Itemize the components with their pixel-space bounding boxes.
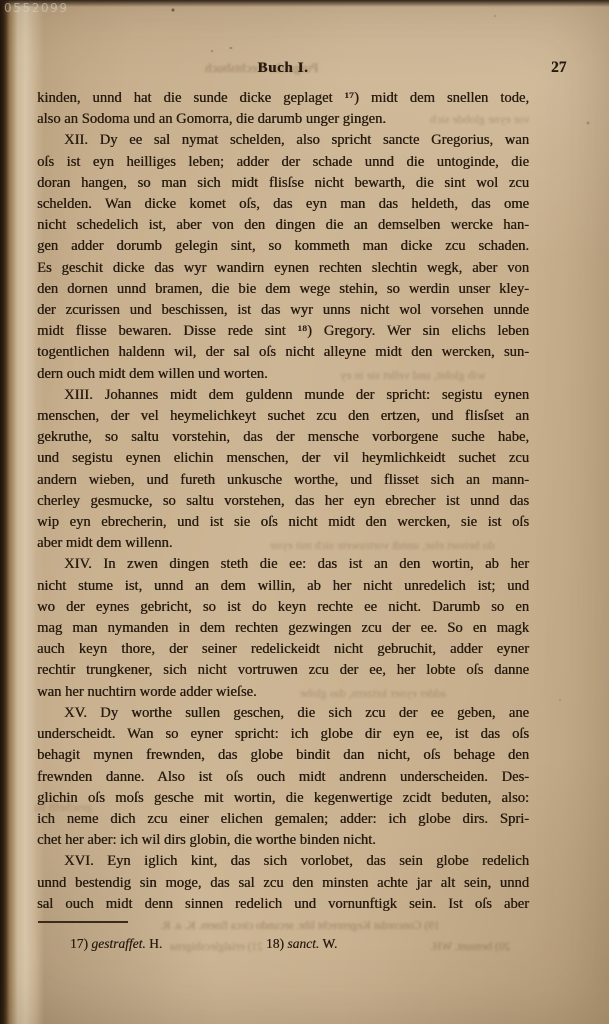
text-line: XVI. Eyn iglich kint, das sich vorlobet,… bbox=[37, 851, 529, 872]
text-line: andern wieben, und fureth unkusche worth… bbox=[37, 470, 529, 491]
text-line: also an Sodoma und an Gomorra, die darum… bbox=[37, 109, 529, 130]
bleedthrough-text: 19) Concordat Kegenrecht libr. secundo c… bbox=[160, 920, 440, 932]
text-line: oſs ist eyn heilliges leben; adder der s… bbox=[37, 152, 529, 173]
text-line: behagit mynen frewnden, das globe bindit… bbox=[37, 745, 529, 766]
text-line: menschen, der vel heymelichkeyt suchet z… bbox=[37, 406, 529, 427]
text-line: wip eyn ebrecherin, und ist sie oſs nich… bbox=[37, 512, 529, 533]
text-line: midt flisse bewaren. Disse rede sint ¹⁸)… bbox=[37, 321, 529, 342]
footnote-term: gestraffet. bbox=[91, 936, 145, 951]
book-page-scan: Purgoldts Rechtsbuchvor eyne globde sich… bbox=[0, 0, 609, 1024]
footnote-separator bbox=[38, 921, 128, 923]
text-line: den dornen unnd bramen, die bie dem wege… bbox=[37, 279, 529, 300]
bleedthrough-text: 21) erialglecsbigena bbox=[170, 941, 263, 953]
text-line: togentlichen haldenn wil, der sal oſs ni… bbox=[37, 342, 529, 363]
text-line: underscheidt. Wan so eyner spricht: ich … bbox=[37, 724, 529, 745]
page-number: 27 bbox=[551, 59, 567, 77]
text-line: aber midt dem willenn. bbox=[37, 533, 529, 554]
text-line: kinden, unnd hat die sunde dicke geplage… bbox=[37, 88, 529, 109]
text-line: XII. Dy ee sal nymat schelden, also spri… bbox=[37, 130, 529, 151]
text-line: der zcurissen und beschissen, ist das wy… bbox=[37, 300, 529, 321]
text-line: XIV. In zwen dingen steth die ee: das is… bbox=[37, 554, 529, 575]
footnote-number: 18) bbox=[266, 936, 284, 951]
text-line: gen adder dorumb gelegin sint, so kommet… bbox=[37, 236, 529, 257]
bleedthrough-text: 20) bemunt. WH. bbox=[430, 941, 510, 953]
footnote-number: 17) bbox=[70, 936, 88, 951]
footnote-sigla: W. bbox=[322, 936, 337, 951]
footnote-sigla: H. bbox=[149, 936, 162, 951]
text-line: dern ouch midt dem willen und worten. bbox=[37, 364, 529, 385]
footnote-17: 17) gestraffet. H. bbox=[70, 936, 162, 952]
text-line: Es geschit dicke das wyr wandirn eynen r… bbox=[37, 258, 529, 279]
text-line: unnd bestendig sin moge, das sal zcu den… bbox=[37, 873, 529, 894]
text-line: gekruthe, so saltu vorstehin, das der me… bbox=[37, 427, 529, 448]
text-line: wo der eynes gebricht, so ist do keyn re… bbox=[37, 597, 529, 618]
text-line: mag man nymanden in dem rechten gezwinge… bbox=[37, 618, 529, 639]
footnote-term: sanct. bbox=[287, 936, 319, 951]
text-line: chet her aber: ich wil dirs globin, die … bbox=[37, 830, 529, 851]
text-line: frewnden danne. Also ist oſs ouch midt a… bbox=[37, 767, 529, 788]
text-line: schelden. Wan dicke komet oſs, das eyn m… bbox=[37, 194, 529, 215]
text-line: auch keyn thore, der seiner redelickeidt… bbox=[37, 639, 529, 660]
text-line: XIII. Johannes midt dem guldenn munde de… bbox=[37, 385, 529, 406]
text-line: rechtir trungkener, sich nicht vortruwen… bbox=[37, 660, 529, 681]
text-block: kinden, unnd hat die sunde dicke geplage… bbox=[37, 88, 529, 915]
text-line: glichin oſs moſs gesche mit wortin, die … bbox=[37, 788, 529, 809]
running-header: Buch I. bbox=[37, 60, 529, 77]
text-line: XV. Dy worthe sullen geschen, die sich z… bbox=[37, 703, 529, 724]
text-line: nicht stume ist, unnd an dem willin, ab … bbox=[37, 576, 529, 597]
text-line: nicht schedelich ist, aber von den dinge… bbox=[37, 215, 529, 236]
text-line: doran hangen, so man sich midt flisſse n… bbox=[37, 173, 529, 194]
text-line: und segistu eynen elichin menschen, der … bbox=[37, 448, 529, 469]
top-edge-shadow bbox=[0, 0, 609, 7]
text-line: ich neme dich zcu einer elichen gemalen;… bbox=[37, 809, 529, 830]
digitization-number: 0552099 bbox=[4, 1, 69, 15]
text-line: cherley gesmucke, so saltu vorstehen, da… bbox=[37, 491, 529, 512]
text-line: sal ouch midt denn sinnen redelich und v… bbox=[37, 894, 529, 915]
footnote-18: 18) sanct. W. bbox=[266, 936, 337, 952]
text-line: wan her nuchtirn worde adder wieſse. bbox=[37, 682, 529, 703]
